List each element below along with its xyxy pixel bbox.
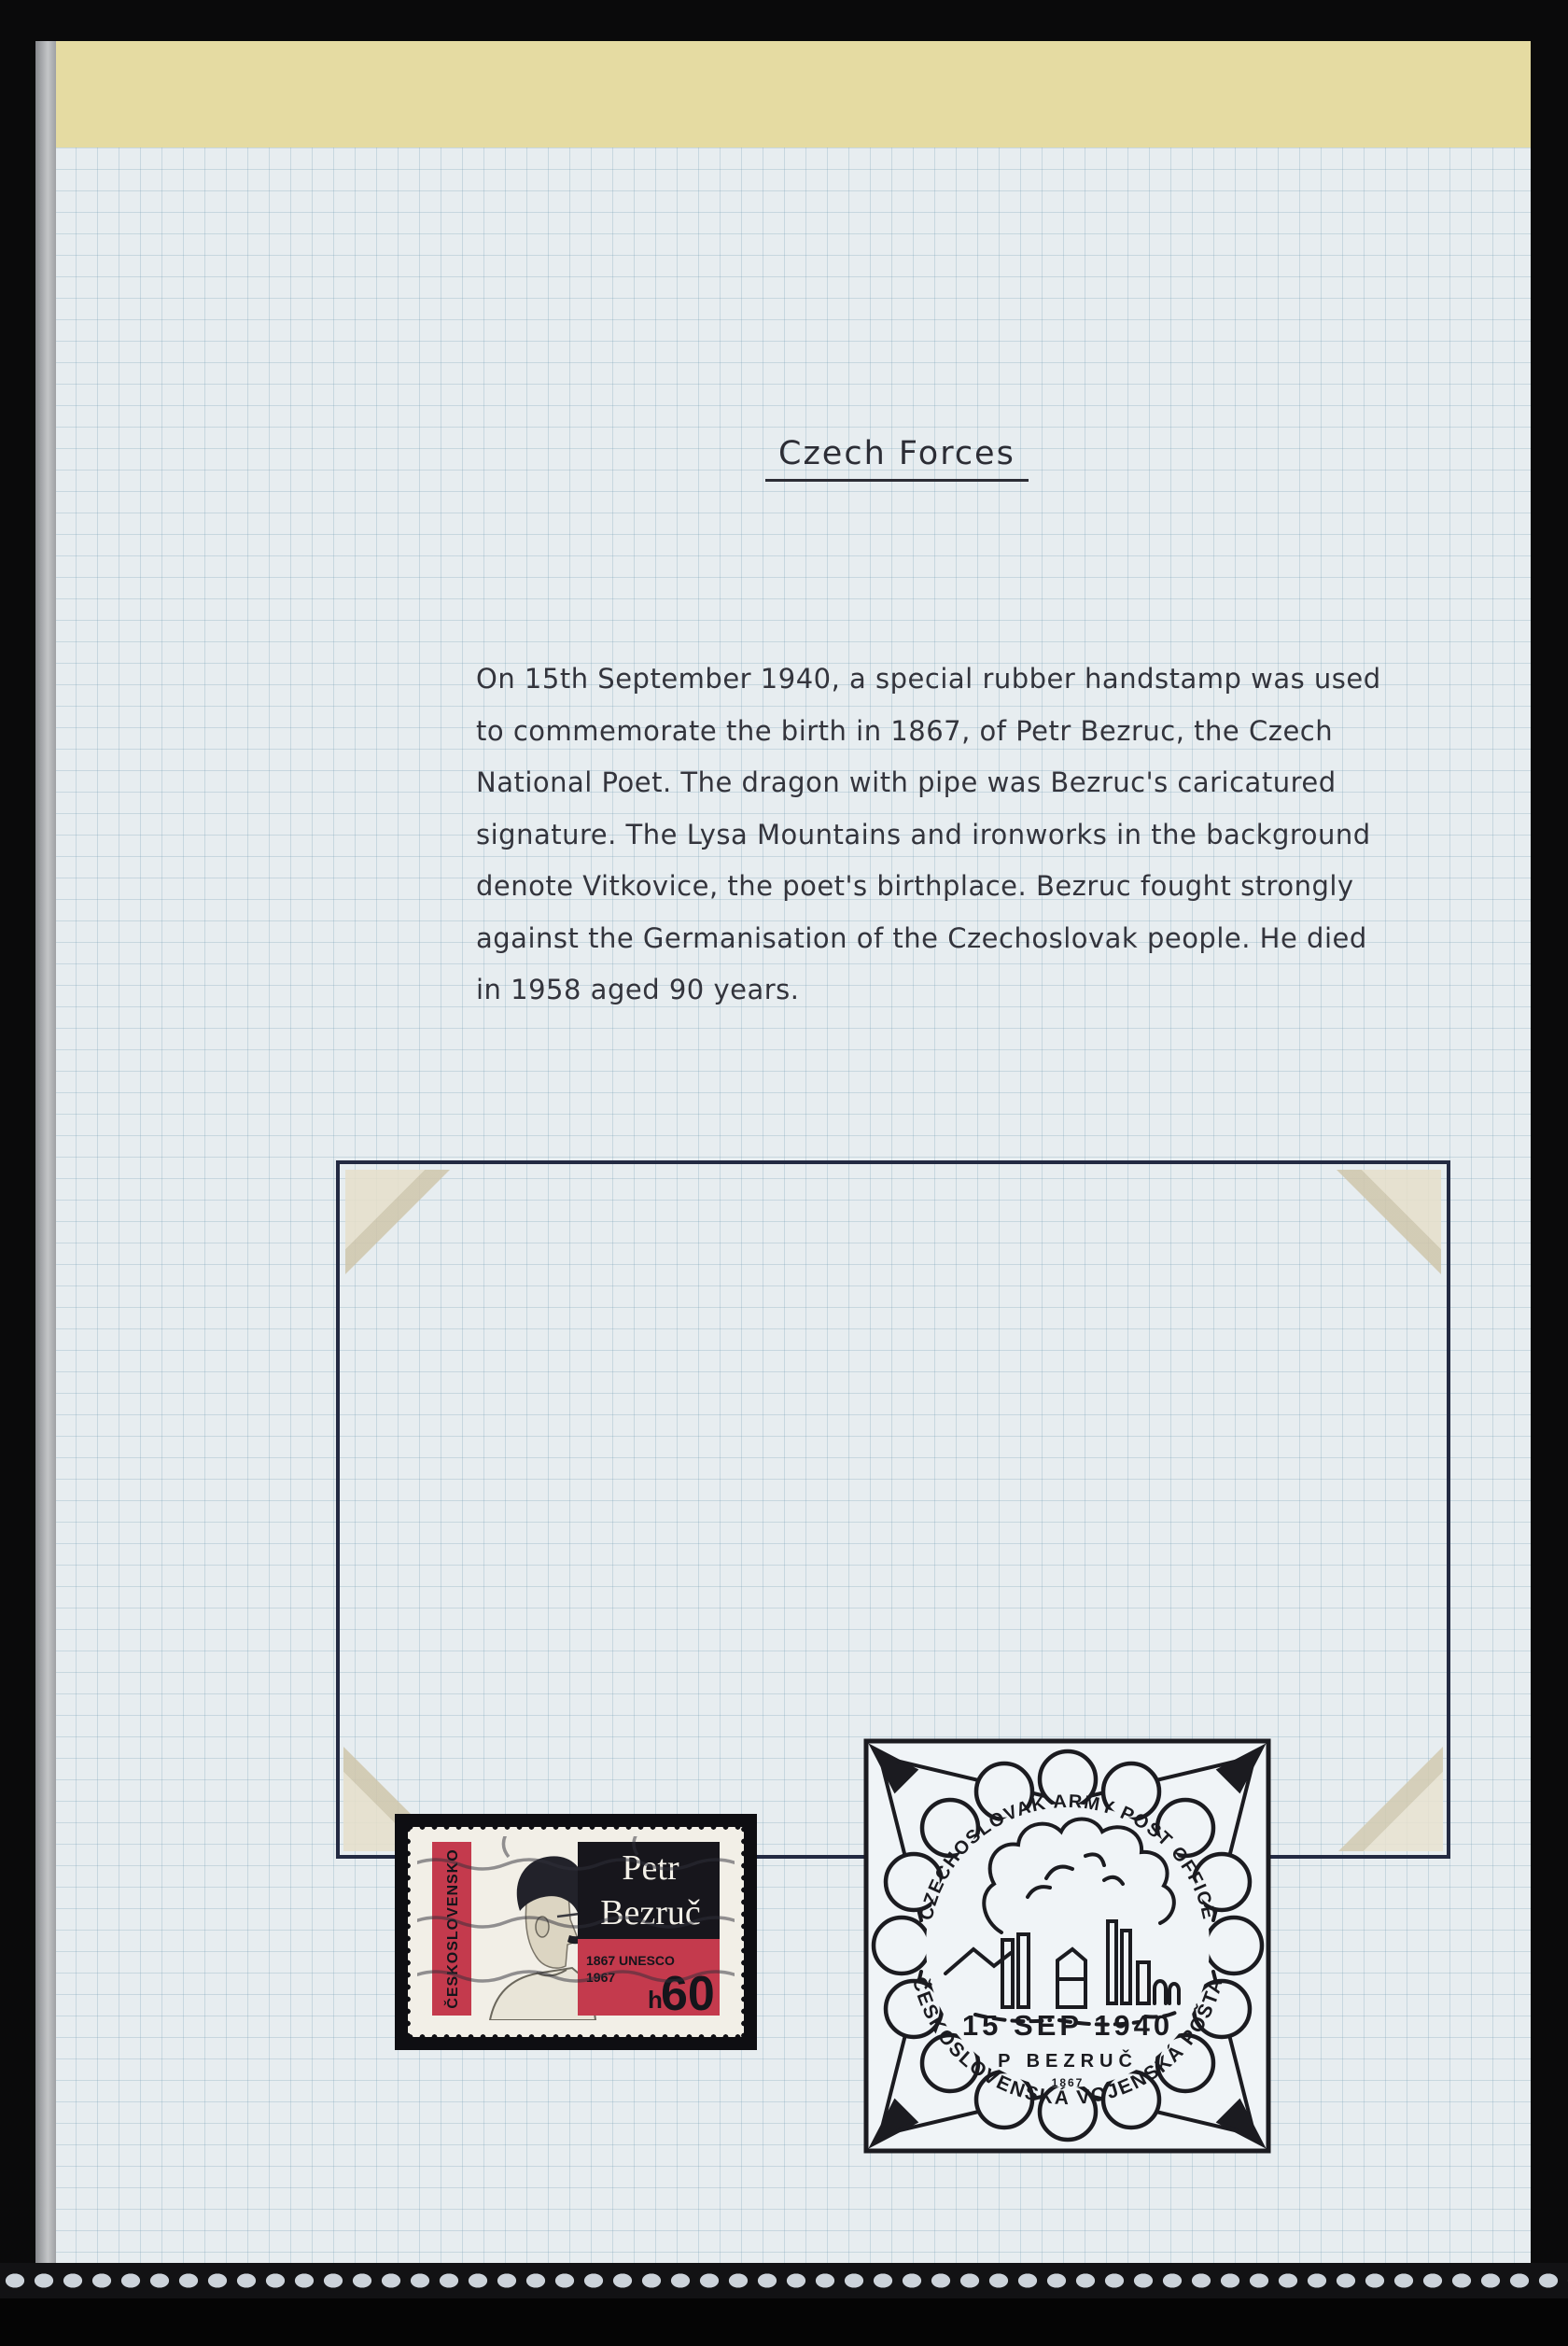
binder-sleeve-bottom-edge — [0, 2298, 1568, 2346]
handwritten-paragraph: On 15th September 1940, a special rubber… — [476, 663, 1419, 1026]
stamp-perforation — [404, 1822, 748, 1832]
stamp-value: 60 — [661, 1967, 715, 2020]
stamp-perforation — [404, 2032, 748, 2042]
photo-corner — [345, 1170, 450, 1274]
handstamp-year-small: 1867 — [1052, 2076, 1085, 2089]
stamp-perforation — [739, 1823, 749, 2041]
back-sheet-cream-band — [52, 41, 1531, 149]
binder-comb-holes — [0, 2263, 1568, 2298]
paragraph-line: in 1958 aged 90 years. — [476, 974, 1419, 1026]
paragraph-line: to commemorate the birth in 1867, of Pet… — [476, 715, 1419, 767]
handstamp-date: 15 SEP 1940 — [962, 2009, 1173, 2042]
sleeve-plastic-edge — [35, 41, 56, 2272]
stamp-design: ČESKOSLOVENSKO Petr Bezruč 1867 UNESCO 1… — [417, 1836, 735, 2020]
stamp-name-line2: Bezruč — [600, 1893, 701, 1932]
stamp-legend-line1: 1867 UNESCO — [586, 1953, 675, 1968]
stamp-perforation — [403, 1823, 413, 2041]
stamp-country-text: ČESKOSLOVENSKO — [443, 1848, 461, 2008]
paragraph-line: signature. The Lysa Mountains and ironwo… — [476, 819, 1419, 871]
album-page: Czech Forces On 15th September 1940, a s… — [54, 148, 1533, 2265]
binder-sleeve-right-edge — [1531, 0, 1568, 2346]
handstamp-name: P BEZRUČ — [998, 2049, 1138, 2072]
paragraph-line: On 15th September 1940, a special rubber… — [476, 663, 1419, 715]
binder-sleeve-left-edge — [0, 0, 35, 2346]
page-title: Czech Forces — [765, 435, 1029, 482]
photo-corner — [1338, 1747, 1443, 1851]
stamp-petr-bezruc: ČESKOSLOVENSKO Petr Bezruč 1867 UNESCO 1… — [395, 1814, 757, 2050]
photo-corner — [1337, 1170, 1441, 1274]
paragraph-line: denote Vitkovice, the poet's birthplace.… — [476, 870, 1419, 922]
paragraph-line: National Poet. The dragon with pipe was … — [476, 766, 1419, 819]
army-post-handstamp: CZECHOSLOVAK ARMY POST OFFICE ČESKOSLOVE… — [863, 1738, 1271, 2154]
stamp-paper: ČESKOSLOVENSKO Petr Bezruč 1867 UNESCO 1… — [408, 1827, 744, 2037]
paragraph-line: against the Germanisation of the Czechos… — [476, 922, 1419, 975]
binder-sleeve-top-edge — [0, 0, 1568, 41]
